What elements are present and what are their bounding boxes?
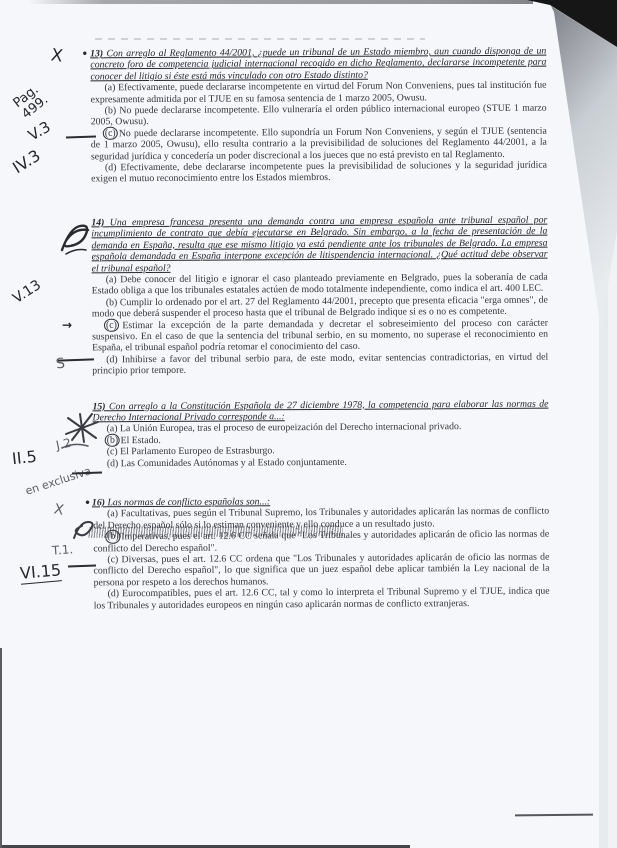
option-text: El Estado. bbox=[121, 435, 161, 446]
option-c: (c) Estimar la excepción de la parte dem… bbox=[92, 317, 548, 354]
scan-smudge bbox=[95, 38, 425, 40]
question-16: ●16) Las normas de conflicto españolas s… bbox=[93, 494, 550, 612]
handwritten-cross-mark: X bbox=[50, 45, 64, 66]
scanned-exam-page: ●13) Con arreglo al Reglamento 44/2001, … bbox=[0, 0, 617, 848]
option-d: (d) Inhibirse a favor del tribunal serbi… bbox=[92, 351, 548, 377]
option-label: (d) bbox=[105, 162, 117, 173]
option-text: Efectivamente, puede declararse incompet… bbox=[91, 80, 547, 105]
option-label: (d) bbox=[107, 458, 119, 469]
handwritten-cross-mark-15: X bbox=[53, 501, 65, 518]
handwritten-circle-mark: (c) bbox=[104, 318, 119, 331]
option-text: Debe conocer del litigio e ignorar el ca… bbox=[92, 272, 548, 297]
option-label: (b) bbox=[105, 105, 117, 116]
option-text: Eurocompatibles, pues el art. 12.6 CC, t… bbox=[94, 586, 550, 611]
option-text: Cumplir lo ordenado por el art. 27 del R… bbox=[92, 294, 548, 319]
question-14: 14) Una empresa francesa presenta una de… bbox=[91, 214, 548, 376]
option-label: (a) bbox=[107, 509, 118, 520]
handwritten-arrow: → bbox=[62, 318, 72, 332]
question-header: 14) Una empresa francesa presenta una de… bbox=[91, 214, 547, 274]
option-label: (b) bbox=[106, 297, 118, 308]
handwritten-reference-v13: V.13 bbox=[10, 277, 44, 307]
pen-scribble-over-header bbox=[88, 525, 343, 538]
option-d: (d) Las Comunidades Autónomas y al Estad… bbox=[93, 455, 549, 469]
scan-edge-top bbox=[28, 0, 533, 4]
option-text: Inhibirse a favor del tribunal serbio pa… bbox=[92, 351, 548, 376]
question-text: Una empresa francesa presenta una demand… bbox=[91, 214, 547, 273]
question-header: ●13) Con arreglo al Reglamento 44/2001, … bbox=[90, 45, 546, 83]
handwritten-reference-v3: V.3 bbox=[25, 118, 54, 145]
option-text: Estimar la excepción de la parte demanda… bbox=[92, 317, 548, 354]
option-label: (d) bbox=[108, 588, 120, 599]
option-d: (d) Eurocompatibles, pues el art. 12.6 C… bbox=[94, 586, 550, 612]
option-c: (c) Diversas, pues el art. 12.6 CC orden… bbox=[93, 552, 549, 589]
option-text: El Parlamento Europeo de Estrasburgo. bbox=[120, 445, 275, 457]
option-a: (a) Debe conocer del litigio e ignorar e… bbox=[92, 272, 548, 298]
option-b: (b) No puede declararse incompetente. El… bbox=[91, 103, 547, 129]
option-text: Diversas, pues el art. 12.6 CC ordena qu… bbox=[93, 552, 549, 589]
option-label: (c) bbox=[107, 446, 118, 457]
handwritten-reference-iv3: IV.3 bbox=[9, 146, 44, 177]
option-text: No puede declararse incompetente. Ello s… bbox=[91, 125, 547, 162]
printed-bullet: ● bbox=[82, 48, 88, 57]
handwritten-s-mark: S bbox=[55, 355, 66, 372]
scan-stray-line bbox=[515, 814, 593, 816]
question-number: 14) bbox=[91, 217, 104, 228]
question-number: 15) bbox=[92, 401, 105, 412]
question-text: Las normas de conflicto españolas son...… bbox=[107, 496, 270, 508]
question-number: 16) bbox=[92, 497, 105, 508]
handwritten-note-exclusiva: en exclusiva. bbox=[24, 463, 96, 498]
scan-edge-left bbox=[0, 648, 2, 848]
option-d: (d) Efectivamente, debe declararse incom… bbox=[91, 160, 547, 186]
handwritten-reference-t1: T.1. bbox=[52, 542, 74, 557]
question-number: 13) bbox=[90, 48, 103, 59]
printed-bullet: ● bbox=[85, 497, 90, 506]
handwritten-dash-to-answer bbox=[58, 358, 94, 361]
question-text: Con arreglo al Reglamento 44/2001, ¿pued… bbox=[90, 46, 546, 83]
handwritten-circle-mark: (c) bbox=[103, 127, 118, 140]
handwritten-reference-ii5: II.5 bbox=[11, 447, 38, 468]
option-label: (a) bbox=[104, 82, 115, 93]
option-a: (a) Efectivamente, puede declararse inco… bbox=[90, 80, 546, 106]
handwritten-reference-vi15: VI.15 bbox=[19, 560, 62, 583]
option-label: (c) bbox=[107, 554, 118, 565]
option-text: No puede declararse incompetente. Ello v… bbox=[91, 103, 547, 128]
question-header: 15) Con arreglo a la Constitución Españo… bbox=[92, 398, 548, 424]
option-label: (d) bbox=[106, 354, 118, 365]
question-text: Con arreglo a la Constitución Española d… bbox=[93, 398, 549, 423]
option-text: La Unión Europea, tras el proceso de eur… bbox=[120, 422, 461, 435]
handwritten-j2-mark: J.2 bbox=[55, 436, 73, 453]
option-text: Efectivamente, debe declararse incompete… bbox=[91, 160, 547, 185]
handwritten-dash-to-answer bbox=[68, 565, 96, 568]
question-15: 15) Con arreglo a la Constitución Españo… bbox=[92, 398, 548, 469]
option-text: Las Comunidades Autónomas y al Estado co… bbox=[121, 456, 347, 468]
option-label: (a) bbox=[106, 274, 117, 285]
handwritten-page-reference: Pag. 499. bbox=[11, 78, 57, 122]
handwritten-circle-mark: (b) bbox=[105, 434, 121, 448]
question-13: ●13) Con arreglo al Reglamento 44/2001, … bbox=[90, 45, 547, 186]
option-c: (c) No puede declararse incompetente. El… bbox=[91, 125, 547, 162]
option-b: (b) Cumplir lo ordenado por el art. 27 d… bbox=[92, 294, 548, 320]
